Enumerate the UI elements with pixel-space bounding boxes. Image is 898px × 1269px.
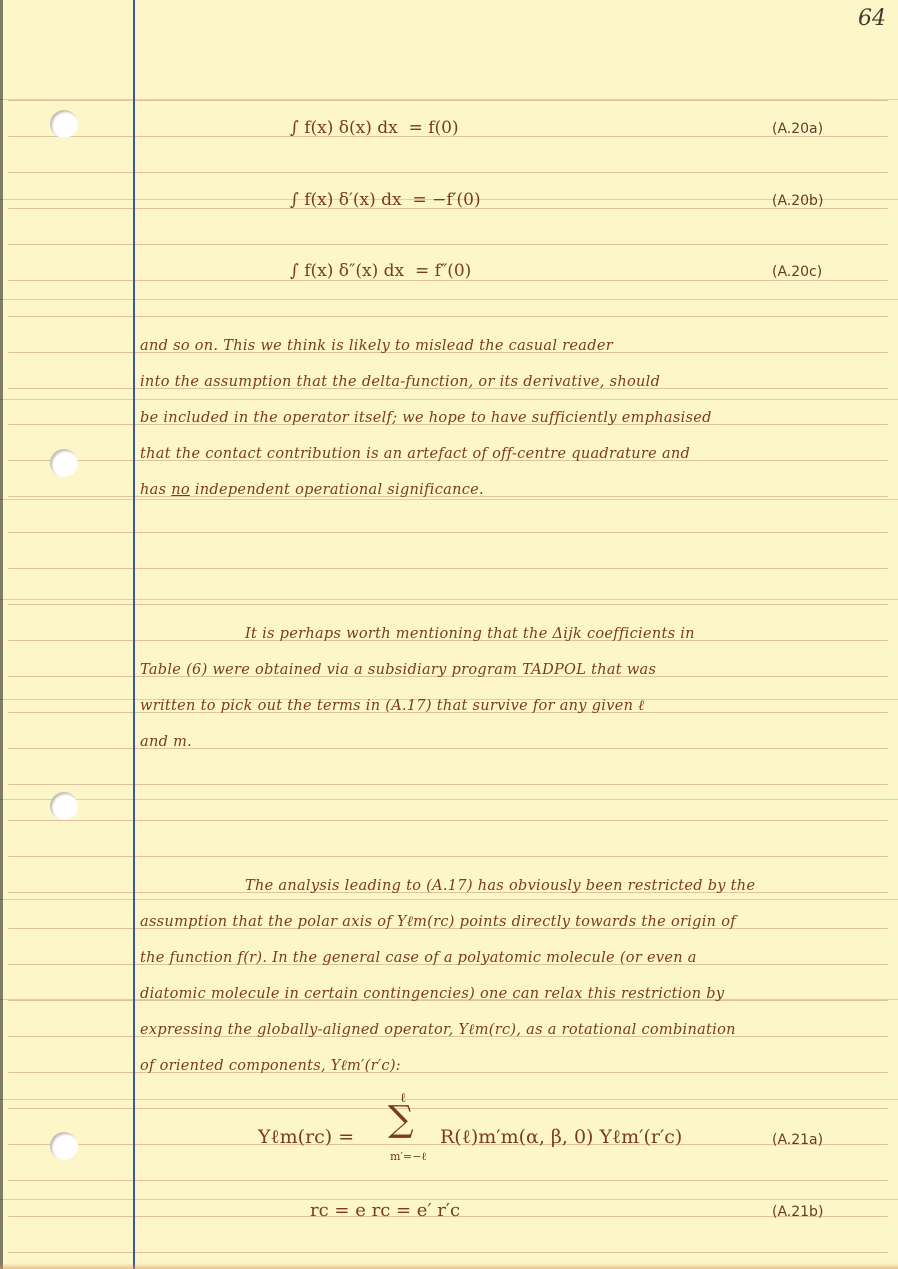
equation-rhs: = f(0) <box>409 118 459 138</box>
equation-label: (A.20c) <box>772 264 822 280</box>
paragraph-2-line: written to pick out the terms in (A.17) … <box>140 698 644 715</box>
paragraph-1-line: into the assumption that the delta-funct… <box>140 374 660 390</box>
paragraph-2-line: and m. <box>140 734 192 750</box>
punch-hole <box>50 110 78 138</box>
page-bottom-edge <box>0 1263 898 1269</box>
paragraph-3-line: The analysis leading to (A.17) has obvio… <box>245 878 755 894</box>
equation-a21a-rhs: R(ℓ)m′m(α, β, 0) Υℓm′(r′c) <box>440 1126 682 1149</box>
equation-a20c: ∫ f(x) δ″(x) dx = f″(0) <box>290 261 471 281</box>
underlined-word: no <box>171 482 190 498</box>
punch-hole <box>50 449 78 477</box>
punch-hole <box>50 792 78 820</box>
paragraph-3-line: expressing the globally-aligned operator… <box>140 1022 736 1039</box>
equation-label: (A.20b) <box>772 193 823 209</box>
equation-label: (A.20a) <box>772 121 823 137</box>
notebook-page: 64 ∫ f(x) δ(x) dx = f(0) (A.20a) ∫ f(x) … <box>0 0 898 1269</box>
page-edge <box>0 0 3 1269</box>
summation-sign: ∑ <box>388 1102 414 1138</box>
equation-lhs: ∫ f(x) δ′(x) dx <box>290 190 402 210</box>
paragraph-3-line: assumption that the polar axis of Υℓm(rc… <box>140 914 736 931</box>
rule-line <box>8 1252 888 1253</box>
rule-line <box>8 172 888 173</box>
punch-hole <box>50 1132 78 1160</box>
rule-line <box>8 820 888 821</box>
paragraph-1-line: and so on. This we think is likely to mi… <box>140 338 613 354</box>
rule-line <box>8 604 888 605</box>
equation-label: (A.21a) <box>772 1132 823 1148</box>
rule-line <box>8 1108 888 1109</box>
rule-line <box>8 100 888 101</box>
paragraph-1-line: be included in the operator itself; we h… <box>140 410 712 426</box>
equation-rhs: = −f′(0) <box>412 190 480 210</box>
equation-a21a-lhs: Υℓm(rc) = <box>258 1126 354 1149</box>
equation-a21b: rc = e rc = e′ r′c <box>310 1200 460 1221</box>
equation-rhs: = f″(0) <box>415 261 471 281</box>
rule-line <box>8 784 888 785</box>
paragraph-2-line: It is perhaps worth mentioning that the … <box>245 626 695 642</box>
rule-line <box>8 568 888 569</box>
paragraph-1-line: that the contact contribution is an arte… <box>140 446 690 462</box>
paragraph-1-line: has no independent operational significa… <box>140 482 484 498</box>
margin-line <box>133 0 135 1269</box>
equation-lhs: ∫ f(x) δ(x) dx <box>290 118 398 138</box>
rule-line <box>8 532 888 533</box>
page-number: 64 <box>858 6 886 31</box>
equation-a20b: ∫ f(x) δ′(x) dx = −f′(0) <box>290 190 481 210</box>
equation-label: (A.21b) <box>772 1204 823 1220</box>
sum-lower-limit: m′=−ℓ <box>390 1150 427 1163</box>
rule-line <box>8 1180 888 1181</box>
paragraph-2-line: Table (6) were obtained via a subsidiary… <box>140 662 656 678</box>
equation-lhs: ∫ f(x) δ″(x) dx <box>290 261 404 281</box>
equation-a20a: ∫ f(x) δ(x) dx = f(0) <box>290 118 459 138</box>
paragraph-3-line: of oriented components, Υℓm′(r′c): <box>140 1058 401 1075</box>
paragraph-3-line: the function f(r). In the general case o… <box>140 950 697 966</box>
rule-line <box>8 244 888 245</box>
paragraph-3-line: diatomic molecule in certain contingenci… <box>140 986 724 1002</box>
rule-line <box>8 856 888 857</box>
rule-line <box>8 316 888 317</box>
